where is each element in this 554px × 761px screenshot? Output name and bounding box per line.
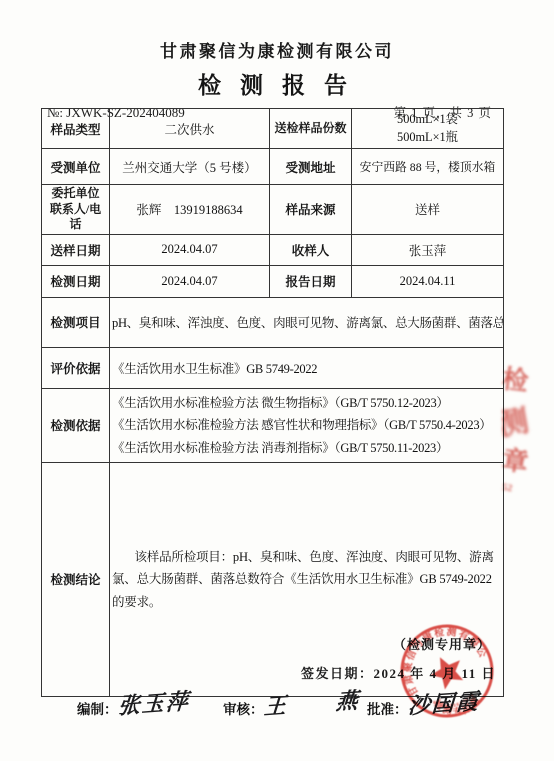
table-row: 检测日期 2024.04.07 报告日期 2024.04.11 xyxy=(42,265,504,297)
table-row: 样品类型 二次供水 送检样品份数 500mL×1袋 500mL×1瓶 xyxy=(42,109,504,149)
company-name: 甘肃聚信为康检测有限公司 xyxy=(0,37,554,62)
test-date-label: 检测日期 xyxy=(42,265,110,297)
test-items-value: pH、臭和味、浑浊度、色度、肉眼可见物、游离氯、总大肠菌群、菌落总数。 xyxy=(110,297,504,347)
edge-seal-char: 章 xyxy=(502,440,546,485)
report-title: 检测报告 xyxy=(188,67,366,100)
sample-source-value: 送样 xyxy=(352,185,504,235)
delivery-date-label: 送样日期 xyxy=(42,234,110,265)
edge-seal-fragment-icon: 检 测 章 52 xyxy=(502,362,546,512)
sample-source-label: 样品来源 xyxy=(270,185,352,235)
table-row: 检测项目 pH、臭和味、浑浊度、色度、肉眼可见物、游离氯、总大肠菌群、菌落总数。 xyxy=(42,297,504,347)
sample-type-value: 二次供水 xyxy=(110,109,270,149)
tested-unit-value: 兰州交通大学（5 号楼） xyxy=(110,149,270,185)
tested-unit-label: 受测单位 xyxy=(42,149,110,185)
seal-star-icon xyxy=(425,650,468,693)
receiver-value: 张玉萍 xyxy=(352,234,504,265)
tested-address-value: 安宁西路 88 号，楼顶水箱 xyxy=(352,149,504,185)
company-seal-stamp-icon: 甘肃聚信为康检测有限公司 检测专用章 6201230617575 xyxy=(392,616,502,726)
delivery-date-value: 2024.04.07 xyxy=(110,234,270,265)
reviewed-signature: 王 燕 xyxy=(263,684,361,722)
table-row: 送样日期 2024.04.07 收样人 张玉萍 xyxy=(42,234,504,265)
test-report-page: 甘肃聚信为康检测有限公司 检测报告 №: JXWK-SZ-202404089 第… xyxy=(0,0,554,761)
reviewed-label: 审核： xyxy=(223,702,264,717)
table-row: 评价依据 《生活饮用水卫生标准》GB 5749-2022 xyxy=(42,347,504,388)
standard-line: 《生活饮用水标准检验方法 消毒剂指标》（GB/T 5750.11-2023） xyxy=(112,437,501,460)
reviewed-by: 审核：王 燕 xyxy=(223,690,360,721)
table-row: 检测依据 《生活饮用水标准检验方法 微生物指标》（GB/T 5750.12-20… xyxy=(42,388,504,462)
report-title-line: 检测报告 xyxy=(0,67,554,100)
client-label-line2: 联系人/电话 xyxy=(50,202,101,232)
test-basis-label: 检测依据 xyxy=(42,388,110,462)
table-row: 受测单位 兰州交通大学（5 号楼） 受测地址 安宁西路 88 号，楼顶水箱 xyxy=(42,149,504,185)
client-contact-label: 委托单位 联系人/电话 xyxy=(42,185,110,235)
sample-count-line1: 500mL×1袋 xyxy=(397,112,458,126)
evaluation-basis-value: 《生活饮用水卫生标准》GB 5749-2022 xyxy=(110,347,504,388)
sample-type-label: 样品类型 xyxy=(42,109,110,149)
report-date-value: 2024.04.11 xyxy=(352,265,504,297)
prepared-signature: 张玉萍 xyxy=(116,684,190,720)
report-header: 甘肃聚信为康检测有限公司 检测报告 №: JXWK-SZ-202404089 第… xyxy=(0,0,554,121)
conclusion-text: 该样品所检项目：pH、臭和味、色度、浑浊度、肉眼可见物、游离氯、总大肠菌群、菌落… xyxy=(112,546,501,614)
tested-address-label: 受测地址 xyxy=(270,149,352,185)
table-row: 委托单位 联系人/电话 张辉 13919188634 样品来源 送样 xyxy=(42,185,504,235)
standard-line: 《生活饮用水标准检验方法 微生物指标》（GB/T 5750.12-2023） xyxy=(112,392,501,415)
test-items-label: 检测项目 xyxy=(42,297,110,347)
prepared-by: 编制：张玉萍 xyxy=(77,690,190,721)
prepared-label: 编制： xyxy=(77,702,118,717)
test-basis-value: 《生活饮用水标准检验方法 微生物指标》（GB/T 5750.12-2023） 《… xyxy=(110,388,504,462)
evaluation-basis-label: 评价依据 xyxy=(42,347,110,388)
sample-count-label: 送检样品份数 xyxy=(270,109,352,149)
client-contact-value: 张辉 13919188634 xyxy=(110,185,270,235)
client-label-line1: 委托单位 xyxy=(51,186,99,200)
report-date-label: 报告日期 xyxy=(270,265,352,297)
sample-count-value: 500mL×1袋 500mL×1瓶 xyxy=(352,109,504,149)
receiver-label: 收样人 xyxy=(270,234,352,265)
conclusion-label: 检测结论 xyxy=(42,462,110,696)
report-table: 样品类型 二次供水 送检样品份数 500mL×1袋 500mL×1瓶 受测单位 … xyxy=(41,108,504,697)
standard-line: 《生活饮用水标准检验方法 感官性状和物理指标》（GB/T 5750.4-2023… xyxy=(112,414,501,437)
sample-count-line2: 500mL×1瓶 xyxy=(397,130,458,144)
test-date-value: 2024.04.07 xyxy=(110,265,270,297)
